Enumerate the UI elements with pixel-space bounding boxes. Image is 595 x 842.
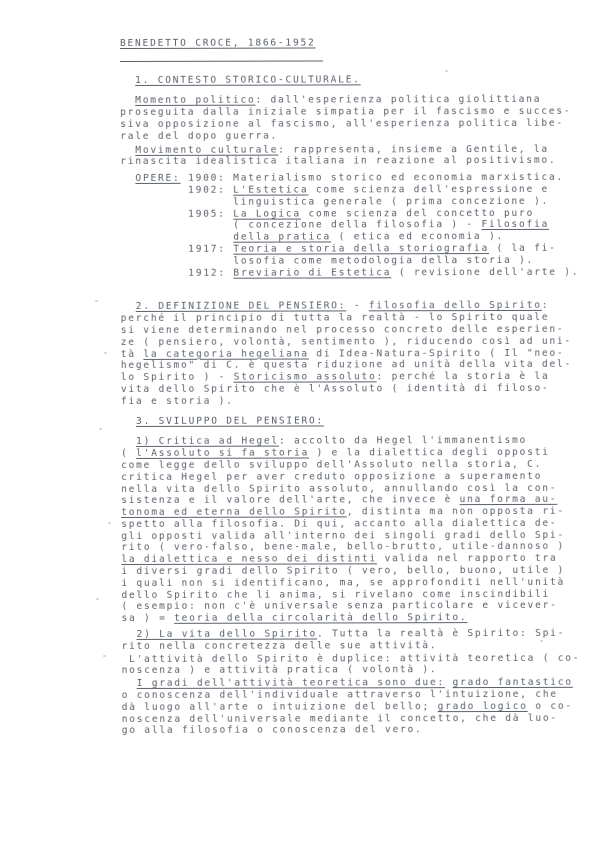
- scan-speck: [95, 300, 98, 302]
- text-span: come legge dello sviluppo dell'Assoluto …: [121, 459, 542, 471]
- text-span: fia e storia ).: [121, 395, 234, 406]
- text-span: ze ( pensiero, volontà, sentimento ), ri…: [121, 336, 572, 348]
- text-span: critica Hegel per aver creduto opposizio…: [121, 471, 542, 483]
- text-span: [120, 95, 135, 106]
- text-line: rale del dopo guerra.: [120, 130, 590, 143]
- underlined-text: 1) Critica ad Hegel: [136, 436, 279, 447]
- underlined-text: 2. DEFINIZIONE DEL PENSIERO:: [136, 301, 347, 313]
- typewritten-text-block: BENEDETTO CROCE, 1866-1952 1. CONTESTO S…: [120, 37, 592, 737]
- text-line: sa ) = teoria della circolarità dello Sp…: [122, 612, 592, 625]
- text-span: noscenza dell'universale mediante il con…: [122, 712, 558, 724]
- text-span: [445, 677, 453, 688]
- underlined-text: 1. CONTESTO STORICO-CULTURALE.: [135, 74, 361, 86]
- scan-speck: [96, 598, 99, 600]
- text-span: dello Spirito che li anima, si rivelano …: [121, 589, 550, 601]
- text-span: siva opposizione al fascismo, all'esperi…: [120, 118, 564, 130]
- underlined-text: 3. SVILUPPO DEL PENSIERO:: [136, 415, 324, 426]
- text-line: fia e storia ).: [121, 394, 591, 407]
- scanned-page: BENEDETTO CROCE, 1866-1952 1. CONTESTO S…: [0, 0, 595, 842]
- text-span: linguistica generale ( prima concezione …: [120, 196, 549, 208]
- text-line: go alla filosofia o conoscenza del vero.: [122, 724, 592, 737]
- text-span: gli opposti valida all'interno dei singo…: [121, 530, 565, 542]
- text-span: :: [542, 300, 550, 311]
- text-span: rinascita idealistica italiana in reazio…: [120, 155, 556, 167]
- underlined-text: BENEDETTO CROCE, 1866-1952: [120, 37, 316, 49]
- text-span: 1902:: [120, 185, 233, 196]
- underlined-text: Teoria e storia della storiografia: [233, 243, 489, 255]
- text-span: di Idea-Natura-Spirito ( Il "neo-: [309, 347, 565, 359]
- text-span: [120, 75, 135, 86]
- scan-speck: [99, 428, 102, 430]
- underlined-text: La Logica: [233, 208, 301, 219]
- text-span: go alla filosofia o conoscenza del vero.: [122, 725, 423, 737]
- text-span: o conoscenza dell'individuale attraverso…: [122, 689, 558, 701]
- text-span: hegelismo" di C. è questa riduzione ad u…: [121, 359, 572, 371]
- text-span: 1917:: [121, 244, 234, 255]
- text-line: ( esempio: non c'è universale senza part…: [121, 600, 591, 613]
- text-line: 2) La vita dello Spirito. Tutta la realt…: [122, 628, 592, 641]
- text-span: perché il principio di tutta la realtà -…: [121, 312, 550, 324]
- text-span: vita dello Spirito che è l'Assoluto ( id…: [121, 383, 550, 395]
- underlined-text: Movimento culturale: [135, 144, 278, 155]
- underlined-text: OPERE:: [135, 173, 180, 184]
- text-span: noscenza ) e attività pratica ( volontà …: [122, 665, 438, 677]
- text-span: : accolto da Hegel l'immanentismo: [279, 435, 527, 447]
- underlined-text: la dialettica e nesso dei distinti: [121, 554, 377, 566]
- text-line: siva opposizione al fascismo, all'esperi…: [120, 118, 590, 131]
- text-span: , distinta ma non opposta ri-: [347, 506, 565, 518]
- text-span: dà luogo all'arte o intuizione del bello…: [122, 701, 438, 713]
- underlined-text: la categoria hegeliana: [143, 348, 308, 359]
- text-span: [121, 232, 234, 243]
- text-span: [122, 629, 137, 640]
- text-span: : rappresenta, insieme a Gentile, la: [278, 143, 549, 155]
- text-line: noscenza ) e attività pratica ( volontà …: [122, 664, 592, 677]
- scan-speck: [104, 352, 107, 354]
- text-span: rale del dopo guerra.: [120, 130, 278, 141]
- text-span: sa ) =: [122, 613, 175, 624]
- text-line: ( concezione della filosofia ) - Filosof…: [120, 219, 590, 232]
- text-span: si viene determinando nel processo concr…: [121, 324, 565, 336]
- scan-speck: [445, 70, 448, 72]
- text-span: proseguita dalla iniziale simpatia per i…: [120, 106, 571, 118]
- scan-speck: [540, 640, 543, 642]
- text-line: rinascita idealistica italiana in reazio…: [120, 155, 590, 168]
- text-span: [120, 173, 135, 184]
- text-span: come scienza dell'espressione e: [308, 184, 549, 196]
- text-span: rito nella concretezza delle sue attivit…: [122, 640, 438, 652]
- text-line: 1912: Breviario di Estetica ( revisione …: [121, 266, 591, 279]
- text-span: . Tutta la realtà è Spirito: Spi-: [317, 628, 565, 640]
- title-underline-rule: [120, 50, 590, 63]
- document-title: BENEDETTO CROCE, 1866-1952: [120, 37, 590, 50]
- text-span: L'attività dello Spirito è duplice: atti…: [122, 652, 581, 664]
- text-span: ( etica ed economia ).: [331, 231, 504, 242]
- text-span: tà: [121, 348, 144, 359]
- text-span: o co-: [528, 701, 573, 712]
- text-span: 1905:: [120, 208, 233, 219]
- text-line: noscenza dell'universale mediante il con…: [122, 712, 592, 725]
- section-heading: 1. CONTESTO STORICO-CULTURALE.: [120, 73, 590, 86]
- underlined-text: Storicismo assoluto: [234, 371, 377, 382]
- text-span: ) e la dialettica degli opposti: [309, 447, 550, 459]
- underlined-text: [120, 50, 323, 62]
- text-span: [121, 301, 136, 312]
- text-span: rito ( vero-falso, bene-male, bello-brut…: [121, 541, 565, 553]
- section-heading: 3. SVILUPPO DEL PENSIERO:: [121, 414, 591, 427]
- underlined-text: grado logico: [438, 701, 528, 712]
- underlined-text: tonoma ed eterna dello Spirito: [121, 507, 347, 519]
- text-span: 1900: Materialismo storico ed economia m…: [181, 172, 565, 184]
- underlined-text: Momento politico: [135, 95, 255, 106]
- text-span: ( esempio: non c'è universale senza part…: [121, 600, 557, 612]
- text-span: [122, 678, 137, 689]
- text-span: i quali non si identificano, ma, se appr…: [121, 577, 565, 589]
- text-span: [121, 436, 136, 447]
- text-span: spetto alla filosofia. Di qui, accanto a…: [121, 518, 557, 530]
- text-span: [120, 145, 135, 156]
- underlined-text: della pratica: [233, 232, 331, 243]
- text-span: : perché la storia è la: [377, 371, 550, 382]
- text-span: [121, 415, 136, 426]
- underlined-text: filosofia dello Spirito: [369, 300, 542, 311]
- text-span: nella vita dello Spirito assoluto, annul…: [121, 482, 557, 494]
- text-span: ( revisione dell'arte ).: [391, 266, 579, 277]
- underlined-text: I gradi dell'attività teoretica sono due…: [137, 677, 445, 689]
- text-span: sistenza e il valore dell'arte, che inve…: [121, 494, 459, 506]
- underlined-text: l'Assoluto si fa storia: [136, 448, 309, 459]
- text-span: valida nel rapporto tra: [377, 553, 557, 564]
- text-line: L'attività dello Spirito è duplice: atti…: [122, 652, 592, 665]
- underlined-text: L'Estetica: [233, 184, 308, 195]
- underlined-text: Filosofia: [481, 219, 549, 230]
- text-span: ( concezione della filosofia ) -: [120, 219, 481, 231]
- text-span: (: [121, 448, 136, 459]
- text-line: vita dello Spirito che è l'Assoluto ( id…: [121, 383, 591, 396]
- text-span: ( la fi-: [489, 243, 557, 254]
- scan-speck: [108, 522, 111, 524]
- text-span: : dall'esperienza politica giolittiana: [256, 94, 542, 106]
- underlined-text: grado fantastico: [453, 677, 573, 688]
- text-span: losofia come metodologia della storia ).: [121, 255, 535, 267]
- underlined-text: una forma au-: [460, 494, 558, 505]
- text-line: rito nella concretezza delle sue attivit…: [122, 640, 592, 653]
- underlined-text: 2) La vita dello Spirito: [137, 629, 317, 640]
- scan-speck: [103, 655, 106, 657]
- text-span: come scienza del concetto puro: [301, 207, 534, 219]
- text-span: -: [346, 301, 369, 312]
- underlined-text: Breviario di Estetica: [233, 267, 391, 278]
- text-span: i diversi gradi dello Spirito ( vero, be…: [121, 565, 565, 577]
- underlined-text: teoria della circolarità dello Spirito.: [174, 612, 467, 624]
- text-span: lo Spirito ) -: [121, 372, 234, 383]
- text-span: 1912:: [121, 267, 234, 278]
